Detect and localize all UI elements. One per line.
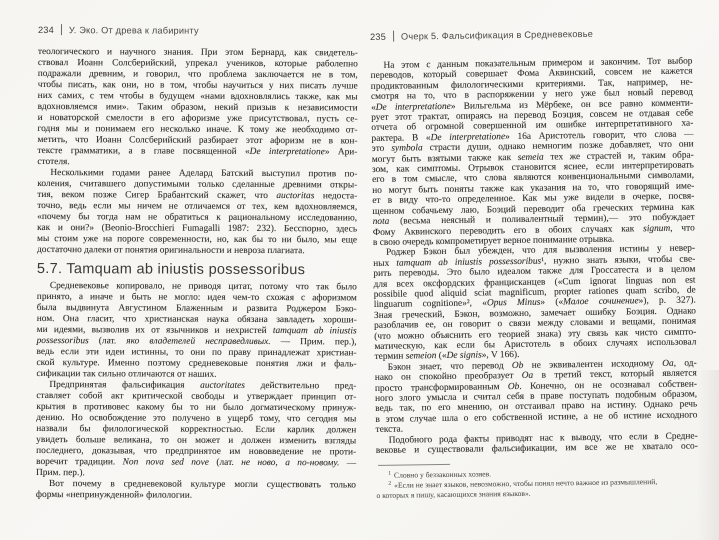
running-head-title-right: Очерк 5. Фальсификация в Средневековье: [401, 28, 593, 41]
paragraph: Средневековье копировало, не приводя цит…: [36, 281, 356, 381]
page-body-left: теологического и научного знания. При эт…: [36, 47, 358, 502]
footnote-divider: [378, 464, 450, 466]
paragraph: Вот почему в средневековой культуре могл…: [36, 479, 356, 502]
running-head-divider-right: [393, 31, 394, 42]
book-scan-page: { "colors": { "paper": "#f7f6f2", "ink":…: [0, 0, 719, 540]
page-number-right: 235: [370, 31, 386, 41]
paragraph: Предпринятая фальсификация auctoritates …: [36, 380, 356, 480]
running-head-right: 235 Очерк 5. Фальсификация в Средневеков…: [370, 27, 692, 42]
paragraph: Несколькими годами ранее Аделард Батский…: [37, 168, 357, 257]
footnotes: 1Словно у беззаконных хозяев.2«Если не з…: [376, 461, 698, 500]
paragraph: Роджер Бэкон был убежден, что для вызвол…: [373, 244, 697, 363]
text-block-top-left: теологического и научного знания. При эт…: [37, 47, 358, 257]
running-head-title-left: У. Эко. От древа к лабиринту: [69, 25, 199, 36]
paragraph: Подобного рода факты приводят нас к выво…: [376, 431, 698, 456]
footnote-block: 1Словно у беззаконных хозяев.2«Если не з…: [376, 467, 698, 500]
text-block-right: На этом с данным показательным примером …: [370, 57, 697, 457]
page-right: 235 Очерк 5. Фальсификация в Средневеков…: [370, 27, 699, 501]
page-body-right: На этом с данным показательным примером …: [370, 57, 698, 501]
paragraph: теологического и научного знания. При эт…: [37, 47, 358, 169]
scan-edge-shadow: [697, 370, 719, 540]
text-block-bottom-left: Средневековье копировало, не приводя цит…: [36, 281, 357, 502]
section-heading: 5.7. Tamquam ab iniustis possessoribus: [37, 264, 357, 276]
paragraph: Бэкон знает, что перевод Ob не эквивален…: [375, 358, 698, 435]
running-head-left: 234 У. Эко. От древа к лабиринту: [38, 24, 358, 36]
page-left: 234 У. Эко. От древа к лабиринту теологи…: [36, 24, 358, 502]
page-number-left: 234: [38, 24, 54, 34]
running-head-divider-left: [61, 24, 62, 35]
paragraph: На этом с данным показательным примером …: [370, 57, 695, 249]
footnote: 2«Если не знает языков, невозможно, чтоб…: [376, 476, 698, 500]
